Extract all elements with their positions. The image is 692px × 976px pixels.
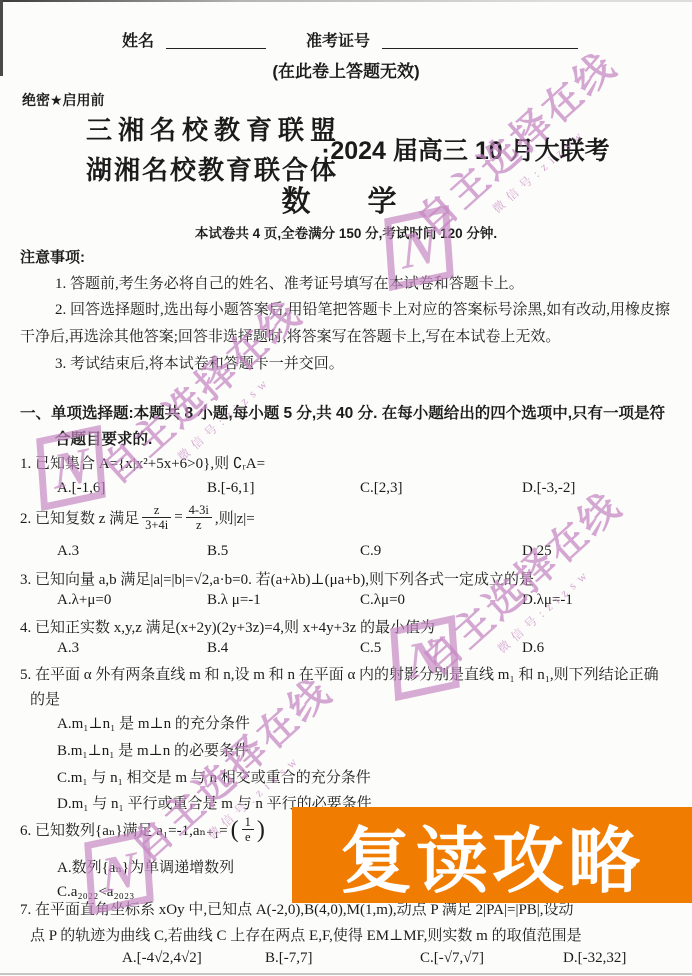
- question-5-option-c: C.m₁ 与 n₁ 相交是 m 与 n 相交或重合的充分条件: [57, 766, 371, 787]
- denominator: 3+4i: [142, 518, 171, 532]
- exam-id-label: 准考证号: [306, 28, 370, 51]
- denominator: e: [242, 830, 254, 844]
- option-a: A.[-1,6]: [57, 480, 207, 497]
- name-field-line: [166, 30, 266, 49]
- option-d: D.λμ=-1: [522, 592, 687, 609]
- question-3-stem: 3. 已知向量 a,b 满足|a|=|b|=√2,a·b=0. 若(a+λb)⊥…: [20, 568, 534, 589]
- scan-edge-left: [0, 0, 3, 76]
- question-5-stem-line2: 的是: [30, 688, 60, 709]
- name-label: 姓名: [122, 28, 154, 51]
- stem-prefix: 6. 已知数列{aₙ}满足 a₁=-1,aₙ₊₁=: [20, 819, 228, 840]
- question-7-stem-line2: 点 P 的轨迹为曲线 C,若曲线 C 上存在两点 E,F,使得 EM⊥MF,则实…: [30, 924, 582, 945]
- option-a: A.3: [57, 640, 207, 657]
- numerator: z: [142, 503, 171, 518]
- numerator: 4-3i: [186, 503, 212, 518]
- option-b: B.[-6,1]: [207, 480, 360, 497]
- subject-title: 数 学: [0, 179, 692, 220]
- fraction: 1 e: [242, 815, 254, 845]
- title-org-line1: 三湘名校教育联盟: [86, 110, 342, 147]
- title-exam-session: ·2024 届高三 10 月大联考: [322, 131, 610, 167]
- notice-heading: 注意事项:: [20, 246, 85, 267]
- stem-suffix: ,则|z|=: [215, 507, 255, 528]
- option-b: B.4: [207, 640, 360, 657]
- option-d: D.25: [522, 543, 687, 560]
- notice-item-2: 2. 回答选择题时,选出每小题答案后,用铅笔把答题卡上对应的答案标号涂黑,如有改…: [20, 297, 676, 351]
- option-c: C.[-√7,√7]: [420, 950, 563, 967]
- question-4-stem: 4. 已知正实数 x,y,z 满足(x+2y)(2y+3z)=4,则 x+4y+…: [20, 616, 435, 637]
- option-b: B.5: [207, 543, 360, 560]
- option-c: C.[2,3]: [360, 480, 522, 497]
- promo-banner: 复读攻略: [292, 807, 692, 903]
- option-b: B.λ μ=-1: [207, 592, 360, 609]
- option-d: D.[-3,-2]: [522, 480, 687, 497]
- question-4-options: A.3 B.4 C.5 D.6: [0, 640, 687, 657]
- question-6-option-a: A.数列{aₙ}为单调递增数列: [57, 856, 234, 877]
- question-1-options: A.[-1,6] B.[-6,1] C.[2,3] D.[-3,-2]: [0, 480, 687, 497]
- option-b: B.[-7,7]: [265, 950, 420, 967]
- option-a: A.λ+μ=0: [57, 592, 207, 609]
- notice-item-1: 1. 答题前,考生务必将自己的姓名、准考证号填写在本试卷和答题卡上。: [55, 271, 524, 298]
- option-a: A.3: [57, 543, 207, 560]
- question-2-options: A.3 B.5 C.9 D.25: [0, 543, 687, 560]
- option-c: C.9: [360, 543, 522, 560]
- invalid-note: (在此卷上答题无效): [0, 57, 692, 82]
- option-c: C.λμ=0: [360, 592, 522, 609]
- fraction: 4-3i z: [186, 503, 212, 533]
- denominator: z: [186, 518, 212, 532]
- numerator: 1: [242, 815, 254, 830]
- option-c: C.5: [360, 640, 522, 657]
- question-6-stem: 6. 已知数列{aₙ}满足 a₁=-1,aₙ₊₁= ( 1 e ): [20, 815, 265, 845]
- question-1-stem: 1. 已知集合 A={x|x²+5x+6>0},则 ∁ᵣA=: [20, 452, 265, 473]
- left-paren: (: [231, 818, 239, 842]
- right-paren: ): [257, 818, 265, 842]
- option-d: D.[-32,32]: [563, 950, 687, 967]
- question-7-options: A.[-4√2,4√2] B.[-7,7] C.[-√7,√7] D.[-32,…: [0, 950, 687, 967]
- question-2-stem: 2. 已知复数 z 满足 z 3+4i = 4-3i z ,则|z|=: [20, 503, 255, 533]
- scan-edge-bottom: [0, 973, 692, 975]
- secret-label: 绝密★启用前: [22, 90, 105, 110]
- paper-meta: 本试卷共 4 页,全卷满分 150 分,考试时间 120 分钟.: [0, 222, 692, 242]
- question-3-options: A.λ+μ=0 B.λ μ=-1 C.λμ=0 D.λμ=-1: [0, 592, 687, 609]
- exam-id-field-line: [382, 30, 578, 49]
- scan-edge-top: [0, 0, 692, 2]
- section-heading: 一、单项选择题:本题共 8 小题,每小题 5 分,共 40 分. 在每小题给出的…: [55, 401, 677, 453]
- equals-sign: =: [174, 509, 182, 526]
- question-5-option-b: B.m₁⊥n₁ 是 m⊥n 的必要条件: [57, 739, 249, 760]
- question-5-stem-line1: 5. 在平面 α 外有两条直线 m 和 n,设 m 和 n 在平面 α 内的射影…: [20, 663, 659, 684]
- promo-banner-text: 复读攻略: [340, 803, 644, 907]
- stem-prefix: 2. 已知复数 z 满足: [20, 507, 139, 528]
- notice-item-3: 3. 考试结束后,将本试卷和答题卡一并交回。: [55, 351, 344, 378]
- option-d: D.6: [522, 640, 687, 657]
- question-5-option-a: A.m₁⊥n₁ 是 m⊥n 的充分条件: [57, 712, 250, 733]
- option-a: A.[-4√2,4√2]: [122, 950, 265, 967]
- fraction: z 3+4i: [142, 503, 171, 533]
- exam-paper-page: 姓名 准考证号 (在此卷上答题无效) 绝密★启用前 三湘名校教育联盟 湖湘名校教…: [0, 0, 692, 976]
